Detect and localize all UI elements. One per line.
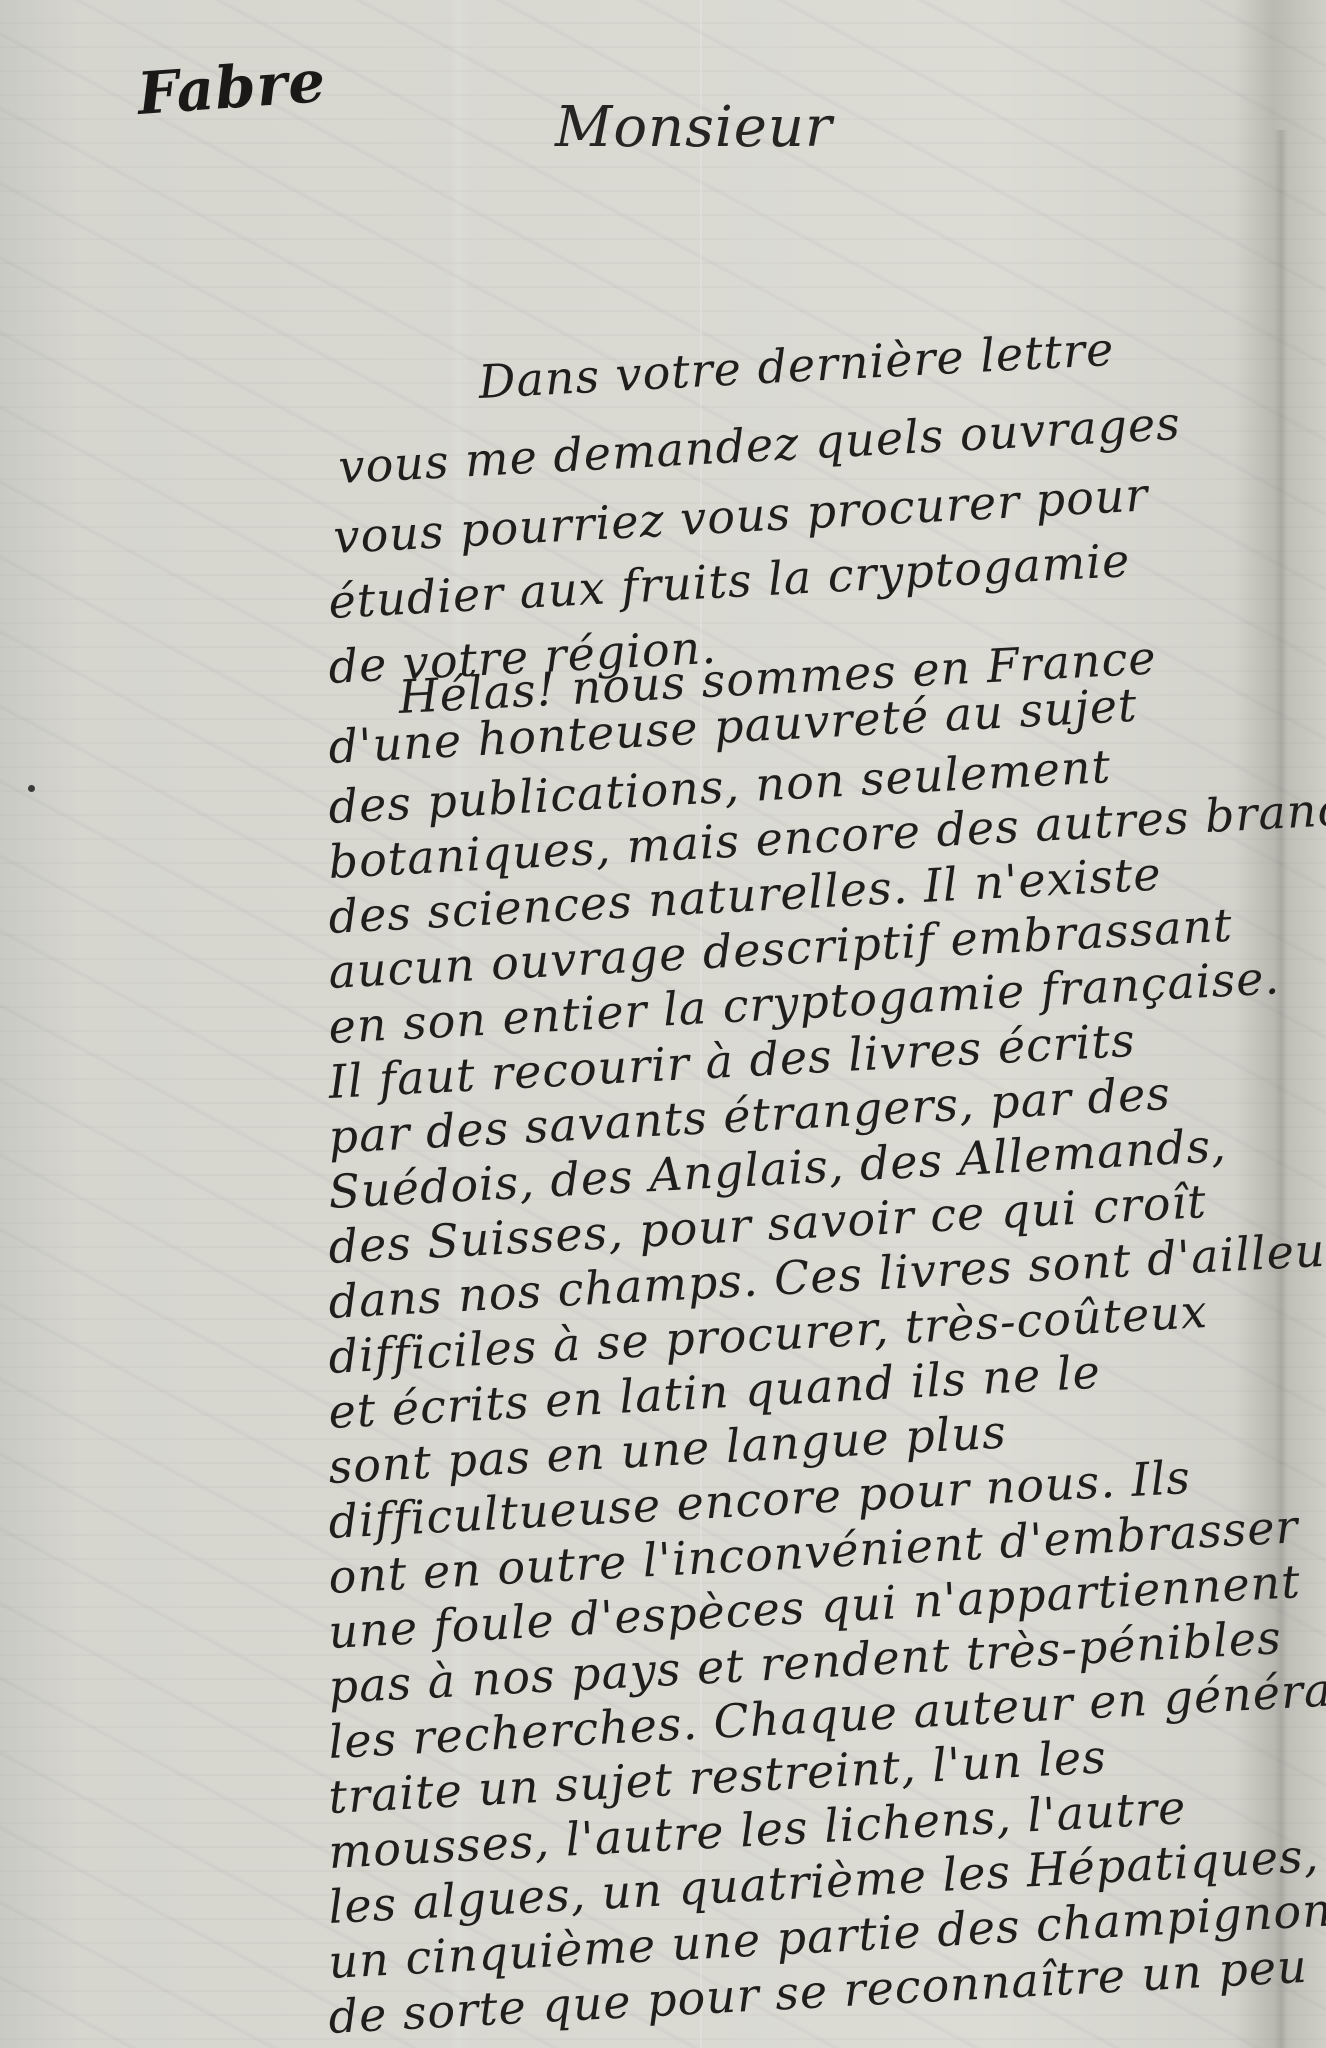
paper-edge-shadow [1274,130,1288,2048]
annotation-name: Fabre [135,47,328,128]
letter-line: Dans votre dernière lettre [477,322,1115,409]
salutation: Monsieur [555,95,833,160]
letter-page: Fabre Monsieur Dans votre dernière lettr… [0,0,1326,2048]
ink-spot [28,785,35,792]
